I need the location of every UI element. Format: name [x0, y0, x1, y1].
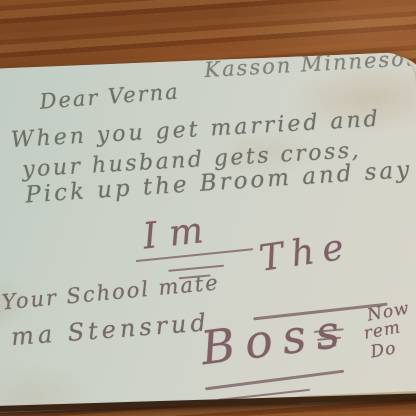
autograph-album-page: Kasson Minnesota Dear Verna When you get… — [0, 52, 416, 410]
handwriting-location: Kasson Minnesota — [204, 52, 416, 81]
wood-table-surface: Kasson Minnesota Dear Verna When you get… — [0, 0, 416, 416]
handwriting-signature: ma Stensrud — [10, 310, 210, 349]
handwriting-salutation: Dear Verna — [39, 81, 180, 112]
handwriting-margin-note-3: Do — [369, 340, 397, 361]
handwriting-closing-line: Your School mate — [1, 272, 221, 313]
handwriting-word-the: The — [257, 229, 354, 278]
handwriting-word-im: Im — [141, 212, 217, 256]
handwriting-word-boss: Boss — [198, 307, 351, 372]
underline-stroke — [205, 370, 344, 390]
